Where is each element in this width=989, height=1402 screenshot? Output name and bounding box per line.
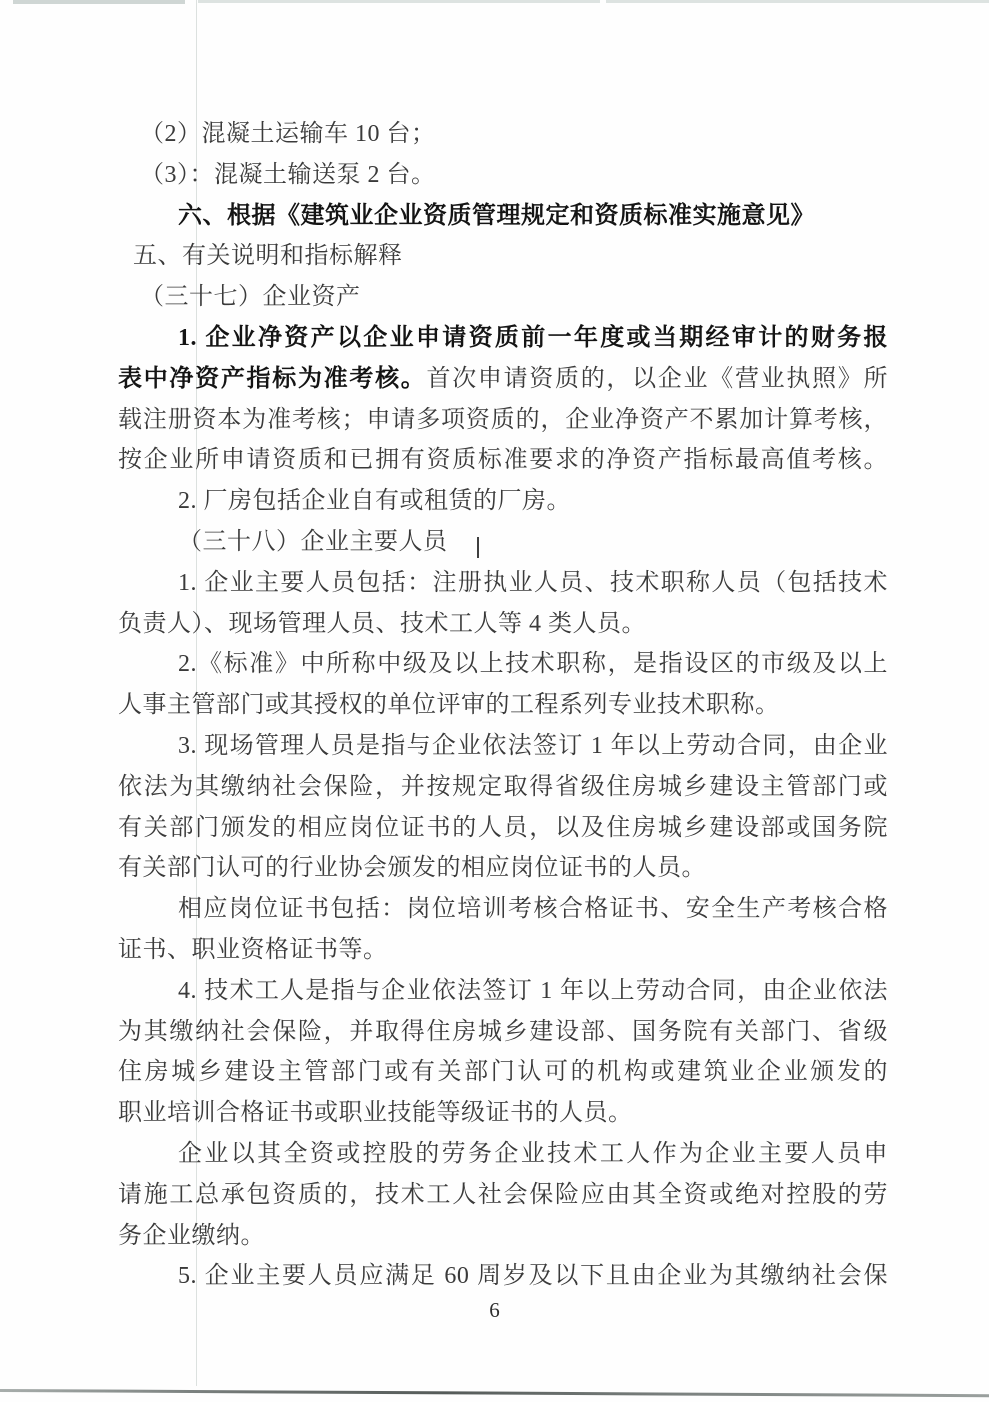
- text-segment: 载注册资本为准考核；申请多项资质的，企业净资产不累加计算考核，: [118, 407, 888, 433]
- scan-edge-segment: [198, 0, 600, 3]
- text-segment: 六、根据《建筑业企业资质管理规定和资质标准实施意见》: [178, 203, 815, 229]
- text-line: 1. 企业净资产以企业申请资质前一年度或当期经审计的财务报: [118, 318, 888, 359]
- text-segment: 2.《标准》中所称中级及以上技术职称，是指设区的市级及以上: [178, 651, 888, 677]
- stray-mark-artifact: [477, 537, 479, 558]
- text-segment: 五、有关说明和指标解释: [133, 243, 403, 269]
- text-segment: 表中净资产指标为准考核。: [118, 366, 426, 392]
- text-segment: 职业培训合格证书或职业技能等级证书的人员。: [118, 1100, 633, 1126]
- text-segment: （3）：混凝土输送泵 2 台。: [140, 162, 436, 188]
- text-segment: 依法为其缴纳社会保险，并按规定取得省级住房城乡建设主管部门或: [118, 774, 888, 800]
- scan-edge-segment: [606, 0, 989, 3]
- scan-edge-artifact-top: [0, 0, 989, 5]
- text-line: 企业以其全资或控股的劳务企业技术工人作为企业主要人员申: [118, 1134, 888, 1175]
- text-segment: 企业以其全资或控股的劳务企业技术工人作为企业主要人员申: [178, 1141, 888, 1167]
- text-segment: 为其缴纳社会保险，并取得住房城乡建设部、国务院有关部门、省级: [118, 1019, 888, 1045]
- text-line: 请施工总承包资质的，技术工人社会保险应由其全资或绝对控股的劳: [118, 1175, 888, 1216]
- text-line: （3）：混凝土输送泵 2 台。: [118, 155, 888, 196]
- text-segment: 首次申请资质的，以企业《营业执照》所: [426, 366, 888, 392]
- text-line: 为其缴纳社会保险，并取得住房城乡建设部、国务院有关部门、省级: [118, 1012, 888, 1053]
- scan-edge-artifact-bottom: [0, 1389, 989, 1397]
- text-line: 载注册资本为准考核；申请多项资质的，企业净资产不累加计算考核，: [118, 400, 888, 441]
- text-line: 1. 企业主要人员包括：注册执业人员、技术职称人员（包括技术: [118, 563, 888, 604]
- text-segment: 1. 企业主要人员包括：注册执业人员、技术职称人员（包括技术: [178, 570, 888, 596]
- text-segment: 4. 技术工人是指与企业依法签订 1 年以上劳动合同，由企业依法: [178, 978, 888, 1004]
- text-line: 证书、职业资格证书等。: [118, 930, 888, 971]
- text-line: 五、有关说明和指标解释: [118, 236, 888, 277]
- text-segment: 请施工总承包资质的，技术工人社会保险应由其全资或绝对控股的劳: [118, 1182, 888, 1208]
- text-line: 六、根据《建筑业企业资质管理规定和资质标准实施意见》: [118, 196, 888, 237]
- text-segment: 5. 企业主要人员应满足 60 周岁及以下且由企业为其缴纳社会保: [178, 1263, 888, 1289]
- text-line: 表中净资产指标为准考核。首次申请资质的，以企业《营业执照》所: [118, 359, 888, 400]
- text-segment: （三十八）企业主要人员: [178, 529, 448, 555]
- scanned-page: （2）混凝土运输车 10 台；（3）：混凝土输送泵 2 台。六、根据《建筑业企业…: [0, 0, 989, 1402]
- text-line: 2. 厂房包括企业自有或租赁的厂房。: [118, 481, 888, 522]
- text-segment: 证书、职业资格证书等。: [118, 937, 388, 963]
- text-segment: 住房城乡建设主管部门或有关部门认可的机构或建筑业企业颁发的: [118, 1059, 888, 1085]
- text-segment: 务企业缴纳。: [118, 1223, 265, 1249]
- text-segment: 3. 现场管理人员是指与企业依法签订 1 年以上劳动合同，由企业: [178, 733, 888, 759]
- text-segment: 负责人）、现场管理人员、技术工人等 4 类人员。: [118, 611, 646, 637]
- text-segment: 1. 企业净资产以企业申请资质前一年度或当期经审计的财务报: [178, 325, 888, 351]
- text-line: 人事主管部门或其授权的单位评审的工程系列专业技术职称。: [118, 685, 888, 726]
- text-segment: （三十七）企业资产: [140, 284, 361, 310]
- text-line: （2）混凝土运输车 10 台；: [118, 114, 888, 155]
- text-line: 有关部门认可的行业协会颁发的相应岗位证书的人员。: [118, 848, 888, 889]
- text-line: 依法为其缴纳社会保险，并按规定取得省级住房城乡建设主管部门或: [118, 767, 888, 808]
- text-line: 2.《标准》中所称中级及以上技术职称，是指设区的市级及以上: [118, 644, 888, 685]
- scan-edge-segment: [13, 0, 185, 4]
- text-line: 5. 企业主要人员应满足 60 周岁及以下且由企业为其缴纳社会保: [118, 1256, 888, 1297]
- text-line: 有关部门颁发的相应岗位证书的人员，以及住房城乡建设部或国务院: [118, 808, 888, 849]
- text-line: 按企业所申请资质和已拥有资质标准要求的净资产指标最高值考核。: [118, 440, 888, 481]
- text-line: 职业培训合格证书或职业技能等级证书的人员。: [118, 1093, 888, 1134]
- text-segment: 相应岗位证书包括：岗位培训考核合格证书、安全生产考核合格: [178, 896, 888, 922]
- text-line: 3. 现场管理人员是指与企业依法签订 1 年以上劳动合同，由企业: [118, 726, 888, 767]
- text-line: （三十七）企业资产: [118, 277, 888, 318]
- text-line: 务企业缴纳。: [118, 1216, 888, 1257]
- text-line: 相应岗位证书包括：岗位培训考核合格证书、安全生产考核合格: [118, 889, 888, 930]
- text-segment: 2. 厂房包括企业自有或租赁的厂房。: [178, 488, 571, 514]
- text-line: （三十八）企业主要人员: [118, 522, 888, 563]
- text-segment: 有关部门颁发的相应岗位证书的人员，以及住房城乡建设部或国务院: [118, 815, 888, 841]
- text-segment: 人事主管部门或其授权的单位评审的工程系列专业技术职称。: [118, 692, 780, 718]
- text-segment: （2）混凝土运输车 10 台；: [140, 121, 436, 147]
- text-line: 负责人）、现场管理人员、技术工人等 4 类人员。: [118, 604, 888, 645]
- text-segment: 按企业所申请资质和已拥有资质标准要求的净资产指标最高值考核。: [118, 447, 888, 473]
- document-lines: （2）混凝土运输车 10 台；（3）：混凝土输送泵 2 台。六、根据《建筑业企业…: [118, 114, 888, 1297]
- text-line: 住房城乡建设主管部门或有关部门认可的机构或建筑业企业颁发的: [118, 1052, 888, 1093]
- text-line: 4. 技术工人是指与企业依法签订 1 年以上劳动合同，由企业依法: [118, 971, 888, 1012]
- text-segment: 有关部门认可的行业协会颁发的相应岗位证书的人员。: [118, 855, 706, 881]
- page-number: 6: [0, 1298, 989, 1323]
